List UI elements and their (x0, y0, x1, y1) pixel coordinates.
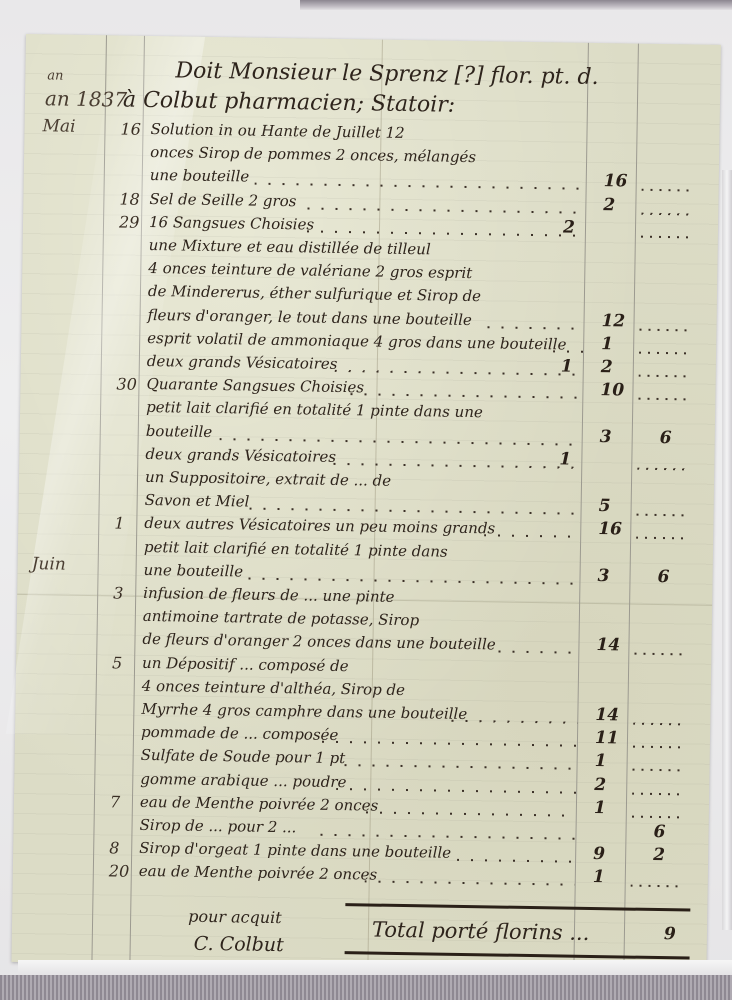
dotted-leader (248, 577, 579, 584)
amount-florins: 1 (601, 334, 613, 354)
amount-florins: 14 (596, 635, 620, 655)
entry-description: Sel de Seille 2 gros (149, 190, 296, 210)
plastic-sleeve-bottom-edge (18, 960, 732, 976)
entry-description: Savon et Miel (145, 491, 250, 511)
dotted-leader (350, 393, 582, 399)
amount-sous: 6 (657, 567, 669, 587)
dotted-leader (366, 811, 576, 816)
amount-left: 1 (559, 449, 571, 469)
entry-description: Myrrhe 4 gros camphre dans une bouteille (141, 700, 467, 723)
amount-florins: 1 (594, 798, 606, 818)
dotted-leader (451, 720, 577, 724)
amount-sous: 6 (653, 822, 665, 842)
entry-description: fleurs d'oranger, le tout dans une boute… (147, 306, 472, 329)
entry-description: Sirop de ... pour 2 ... (139, 816, 296, 836)
entry-day: 16 (120, 119, 141, 138)
entry-description: eau de Menthe poivrée 2 onces (140, 793, 379, 815)
entry-description: Solution in ou Hante de Juillet 12 (150, 120, 404, 142)
entry-description: gomme arabique ... poudre (140, 769, 346, 790)
total-amount: 9 (664, 924, 676, 944)
entry-description: de Mindererus, éther sulfurique et Sirop… (148, 282, 481, 305)
plastic-sleeve-edge (300, 0, 732, 10)
amount-florins: 3 (597, 566, 609, 586)
dotted-leader (335, 370, 583, 376)
amount-left: 2 (563, 217, 575, 237)
month-juin: Juin (32, 554, 66, 575)
amount-florins: 12 (601, 311, 625, 331)
entry-day: 18 (119, 189, 140, 208)
amount-left: 1 (561, 356, 573, 376)
dotted-leader (254, 183, 585, 190)
amount-florins: 16 (598, 519, 622, 539)
amount-florins: 14 (595, 705, 619, 725)
year-prefix: an (47, 68, 63, 83)
entry-description: Quarante Sangsues Choisies (146, 375, 364, 396)
binder-edge (0, 975, 732, 1000)
amount-florins: 2 (601, 357, 613, 377)
dotted-leader (322, 741, 577, 747)
amount-florins: 3 (600, 427, 612, 447)
amount-florins: 5 (598, 496, 610, 516)
dotted-leader (485, 535, 581, 539)
entry-day: 5 (112, 653, 122, 672)
entry-description: bouteille (146, 422, 213, 441)
total-label: Total porté florins ... (372, 918, 590, 945)
entry-description: 4 onces teinture d'althéa, Sirop de (142, 677, 406, 699)
entry-description: Sirop d'orgeat 1 pinte dans une bouteill… (139, 839, 451, 862)
amount-florins: 11 (595, 728, 619, 748)
amount-florins: 2 (594, 775, 606, 795)
dotted-leader (457, 859, 575, 863)
dotted-leader (365, 881, 575, 886)
amount-florins: 2 (603, 195, 615, 215)
dotted-leader (498, 651, 578, 654)
entry-description: un Dépositif ... composé de (142, 653, 349, 674)
year: an 1837 (45, 86, 127, 111)
dotted-leader (249, 508, 580, 515)
signature-acquit: pour acquit (188, 907, 282, 927)
entry-day: 1 (114, 514, 124, 533)
entry-description: eau de Menthe poivrée 2 onces (139, 862, 378, 884)
invoice-paper: an an 1837 Mai Juin Doit Monsieur le Spr… (11, 34, 720, 973)
entry-description: pommade de ... composée (141, 723, 339, 744)
entry-day: 30 (116, 375, 137, 394)
amount-sous: 6 (660, 428, 672, 448)
entry-description: une bouteille (143, 561, 243, 581)
entry-description: onces Sirop de pommes 2 onces, mélangés (150, 143, 476, 166)
entry-description: deux grands Vésicatoires (145, 445, 336, 466)
dotted-leader (488, 326, 584, 330)
entry-description: deux grands Vésicatoires (147, 352, 338, 373)
entry-description: 16 Sangsues Choisies (149, 213, 314, 234)
amount-florins: 9 (593, 844, 605, 864)
entry-description: antimoine tartrate de potasse, Sirop (143, 607, 420, 629)
dotted-leader (320, 834, 575, 840)
amount-florins: 16 (604, 171, 628, 191)
signature-name: C. Colbut (194, 933, 284, 956)
amount-florins: 1 (594, 751, 606, 771)
dotted-leader (307, 230, 585, 236)
dotted-leader (307, 207, 585, 213)
dotted-leader (344, 764, 576, 770)
month-mai: Mai (42, 116, 75, 137)
entry-description: petit lait clarifié en totalité 1 pinte … (144, 538, 448, 561)
entry-description: Sulfate de Soude pour 1 pt (141, 746, 346, 767)
entry-description: infusion de fleurs de ... une pinte (143, 584, 395, 606)
dotted-leader (220, 438, 582, 446)
invoice-heading-line2: à Colbut pharmacien; Statoir: (123, 88, 456, 118)
entry-day: 20 (109, 862, 130, 881)
entry-description: 4 onces teinture de valériane 2 gros esp… (148, 259, 472, 282)
amount-florins: 1 (593, 867, 605, 887)
entry-description: un Suppositoire, extrait de ... de (145, 468, 391, 490)
dotted-leader (334, 463, 582, 469)
entry-description: une Mixture et eau distillée de tilleul (149, 236, 431, 258)
entry-day: 8 (109, 839, 119, 858)
plastic-sleeve-side (722, 170, 732, 930)
entry-day: 7 (110, 792, 120, 811)
dotted-leader (336, 788, 576, 794)
amount-sous: 2 (653, 845, 665, 865)
entry-day: 29 (119, 212, 140, 231)
entry-day: 3 (113, 583, 123, 602)
amount-florins: 10 (600, 380, 624, 400)
entry-description: une bouteille (150, 166, 250, 186)
